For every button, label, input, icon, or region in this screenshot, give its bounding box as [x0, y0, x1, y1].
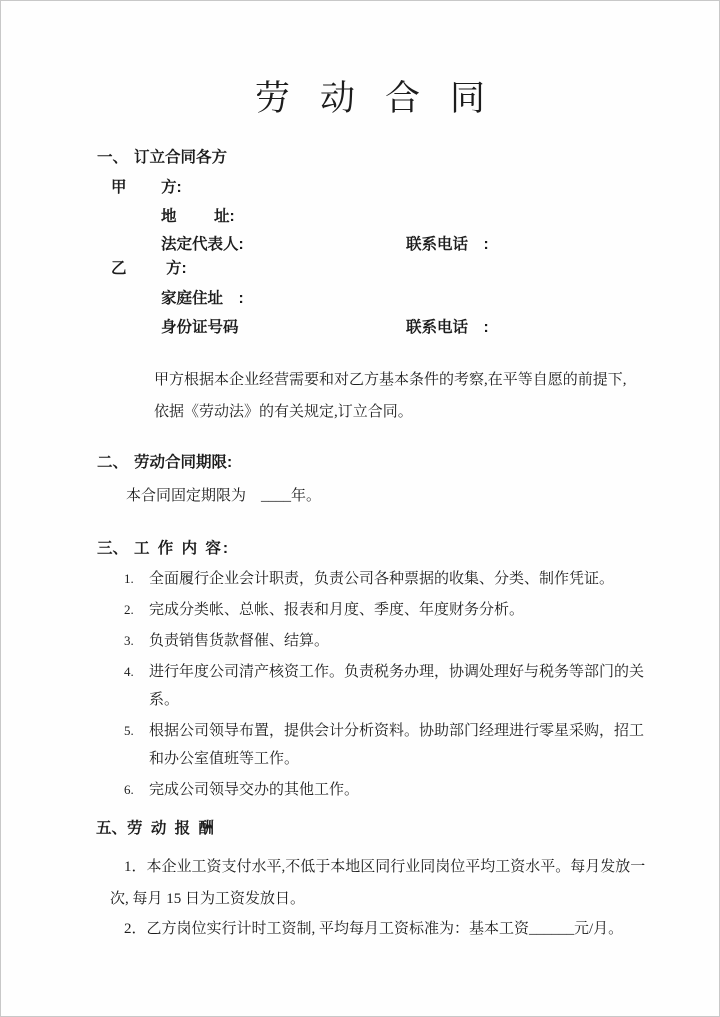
party-a-label-rest: 方:	[161, 178, 182, 198]
section-1-title: 订立合同各方	[134, 149, 227, 166]
list-item: 3. 负责销售货款督催、结算。	[124, 627, 664, 655]
list-item-text: 进行年度公司清产核资工作。负责税务办理，协调处理好与税务等部门的关 系。	[149, 658, 664, 714]
pay-clause-2: 2．乙方岗位实行计时工资制, 平均每月工资标准为：基本工资______元/月。	[124, 913, 704, 945]
list-item-number: 1.	[124, 565, 149, 593]
section-5-header: 五、劳 动 报 酬	[96, 819, 216, 839]
list-item-number: 3.	[124, 627, 149, 655]
pay-clause-1: 1．本企业工资支付水平,不低于本地区同行业同岗位平均工资水平。每月发放一 次, …	[110, 851, 670, 915]
intro-paragraph: 甲方根据本企业经营需要和对乙方基本条件的考察,在平等自愿的前提下, 依据《劳动法…	[154, 364, 654, 428]
party-a-address-char: 地	[161, 207, 177, 227]
list-item-text: 完成分类帐、总帐、报表和月度、季度、年度财务分析。	[149, 596, 664, 624]
list-item: 4. 进行年度公司清产核资工作。负责税务办理，协调处理好与税务等部门的关 系。	[124, 658, 664, 714]
party-a-label-char: 甲	[111, 178, 127, 198]
list-item-text: 完成公司领导交办的其他工作。	[149, 776, 664, 804]
section-5-title: 劳 动 报 酬	[127, 820, 216, 837]
list-item-number: 6.	[124, 776, 149, 804]
list-item: 1. 全面履行企业会计职责，负责公司各种票据的收集、分类、制作凭证。	[124, 565, 664, 593]
section-1-number: 一、	[97, 148, 134, 168]
list-item-text: 根据公司领导布置，提供会计分析资料。协助部门经理进行零星采购，招工 和办公室值班…	[149, 717, 664, 773]
party-b-label-rest: 方:	[166, 259, 187, 279]
section-5-number: 五、	[96, 819, 127, 839]
party-b-label-char: 乙	[111, 259, 127, 279]
work-content-list: 1. 全面履行企业会计职责，负责公司各种票据的收集、分类、制作凭证。 2. 完成…	[124, 565, 664, 807]
party-b-phone-label: 联系电话 :	[406, 318, 489, 338]
party-b-home-address-label: 家庭住址 :	[161, 289, 244, 309]
section-2-title: 劳动合同期限:	[134, 454, 232, 471]
party-a-address-rest: 址:	[214, 207, 235, 227]
list-item: 6. 完成公司领导交办的其他工作。	[124, 776, 664, 804]
party-a-phone-label: 联系电话 :	[406, 235, 489, 255]
list-item-number: 5.	[124, 717, 149, 773]
list-item-number: 4.	[124, 658, 149, 714]
list-item-text: 全面履行企业会计职责，负责公司各种票据的收集、分类、制作凭证。	[149, 565, 664, 593]
contract-document-page: 劳动合同 一、订立合同各方 甲 方: 地 址: 法定代表人: 联系电话 : 乙 …	[0, 0, 720, 1017]
list-item: 2. 完成分类帐、总帐、报表和月度、季度、年度财务分析。	[124, 596, 664, 624]
contract-term-line: 本合同固定期限为 ____年。	[126, 480, 321, 512]
section-2-header: 二、劳动合同期限:	[97, 453, 232, 473]
section-3-number: 三、	[97, 539, 134, 559]
section-3-title: 工 作 内 容:	[134, 540, 230, 557]
party-b-id-number-label: 身份证号码	[161, 318, 239, 338]
section-2-number: 二、	[97, 453, 134, 473]
list-item-text: 负责销售货款督催、结算。	[149, 627, 664, 655]
party-a-legal-rep-label: 法定代表人:	[161, 235, 244, 255]
document-title: 劳动合同	[1, 71, 719, 121]
list-item-number: 2.	[124, 596, 149, 624]
list-item: 5. 根据公司领导布置，提供会计分析资料。协助部门经理进行零星采购，招工 和办公…	[124, 717, 664, 773]
section-3-header: 三、工 作 内 容:	[97, 539, 230, 559]
section-1-header: 一、订立合同各方	[97, 148, 227, 168]
